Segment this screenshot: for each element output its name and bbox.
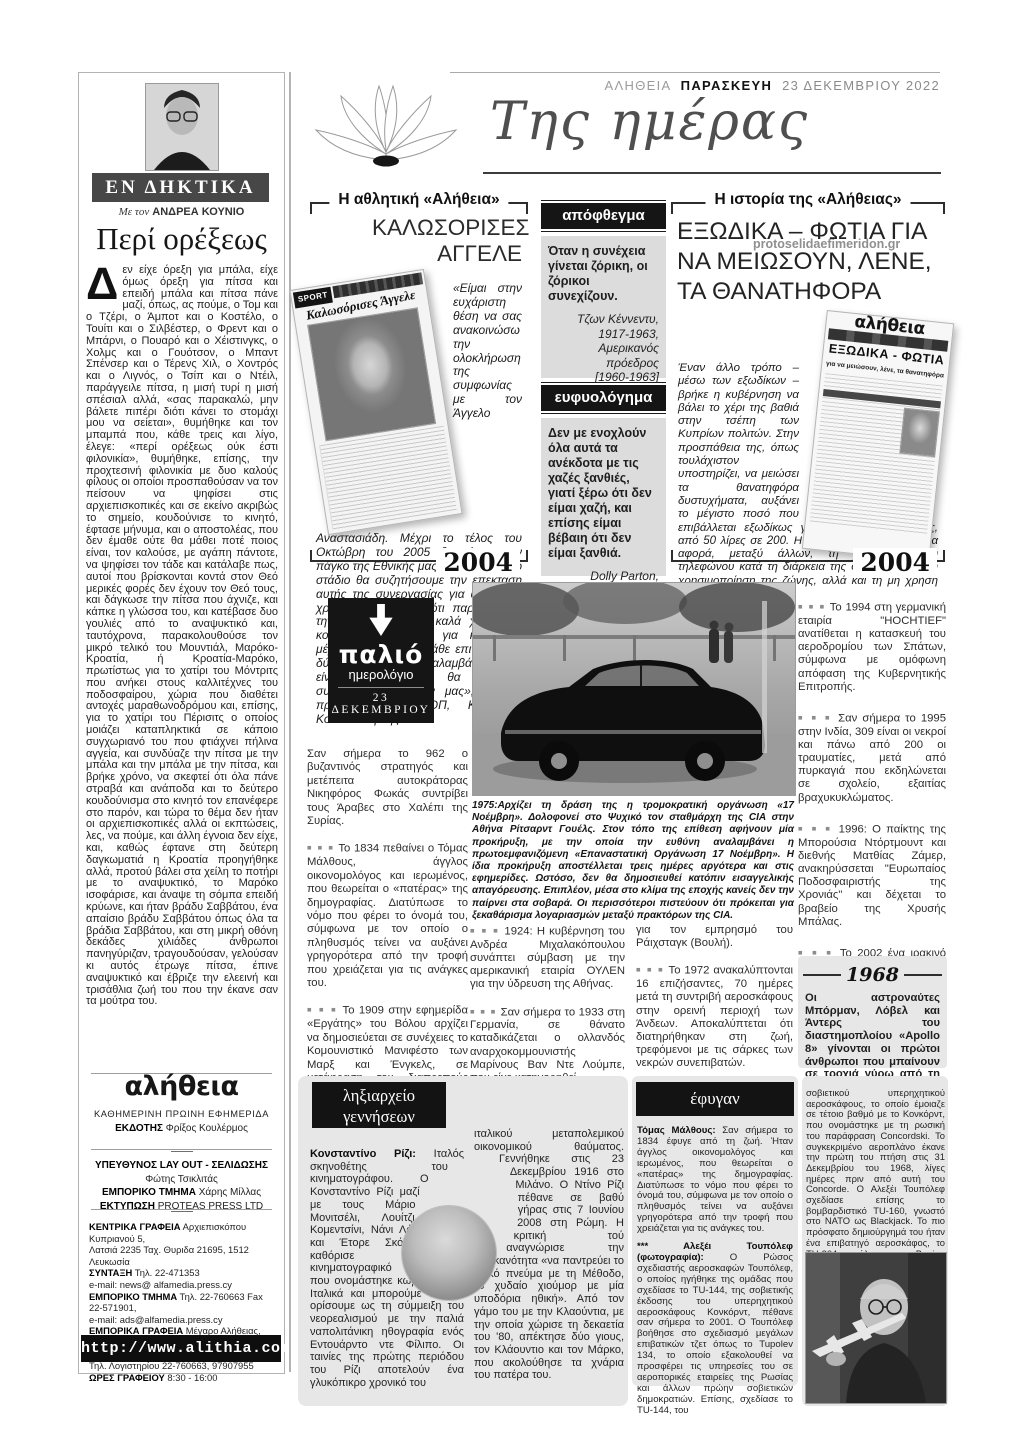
events-column-2: για τον εμπρησμό του Ράιχσταγκ (Βουλή). …: [636, 924, 793, 1084]
box-corner: [671, 550, 673, 562]
contact-label: ΕΜΠΟΡΙΚΟ ΤΜΗΜΑ: [89, 1291, 177, 1302]
year-1968-header: 1968: [803, 964, 942, 986]
deaths-header: έφυγαν: [636, 1082, 794, 1116]
sidebar-divider: [91, 1149, 272, 1150]
paper-tagline: ΚΑΘΗΜΕΡΙΝΗ ΠΡΩΙΝΗ ΕΦΗΜΕΡΙΔΑ: [79, 1109, 284, 1119]
box-corner: [310, 202, 312, 214]
byline-author: ΑΝΔΡΕΑ ΚΟΥΝΙΟ: [152, 206, 244, 218]
entry-marker-icon: ■ ■ ■: [307, 1005, 338, 1014]
mini-dash: [171, 1151, 193, 1152]
entry-text: 1996: Ο παίκτης της Μπορούσια Ντόρτμουντ…: [798, 823, 946, 927]
quote-panel: Όταν η συνέχεια γίνεται ζόρικη, οι ζόρικ…: [541, 236, 666, 378]
title-underline: [483, 172, 941, 174]
entry-text: για τον εμπρησμό του Ράιχσταγκ (Βουλή).: [636, 924, 793, 949]
death-lead: Τόμας Μάλθους:: [637, 1125, 716, 1136]
sidebar-divider: [91, 1209, 272, 1210]
sport-year: 2004: [436, 548, 520, 577]
entry-text: Το 1972 ανακαλύπτονται 16 επιζήσαντες, 7…: [636, 965, 793, 1069]
masthead-line: ΑΛΗΘΕΙΑ ΠΑΡΑΣΚΕΥΗ 23 ΔΕΚΕΜΒΡΙΟΥ 2022: [450, 78, 940, 93]
entry-marker-icon: ■ ■ ■: [798, 602, 826, 611]
entry-text: Σαν σήμερα το 962 ο βυζαντινός στρατηγός…: [307, 748, 468, 827]
deaths-text: Τόμας Μάλθους: Σαν σήμερα το 1834 έφυγε …: [637, 1126, 793, 1424]
byline: Με τον ΑΝΔΡΕΑ ΚΟΥΝΙΟ: [79, 206, 284, 218]
sidebar-section-title: ΕΝ ΔΗΚΤΙΚΑ: [92, 173, 269, 202]
death-body: Ο Ρώσος σχεδιαστής αεροσκαφών Τουπόλεφ, …: [637, 1252, 793, 1416]
dash-rule: [803, 974, 841, 976]
contact-value: 8:30 - 16:00: [167, 1372, 217, 1383]
publisher-name: Φρίξος Κουλέρμος: [166, 1123, 248, 1134]
history-clipping-image: αλήθεια ΕΞΩΔΙΚΑ - ΦΩΤΙΑ για να μειώσουν,…: [802, 310, 954, 562]
credit-label: ΕΜΠΟΡΙΚΟ ΤΜΗΜΑ: [102, 1187, 196, 1198]
masthead-date: 23 ΔΕΚΕΜΒΡΙΟΥ 2022: [782, 78, 940, 93]
clipping-text-lines: [810, 373, 943, 535]
event-entry: ■ ■ ■ Σαν σήμερα το 1933 στη Γερμανία, σ…: [470, 1005, 625, 1086]
contact-line: e-mail: news@ alfamedia.press.cy: [89, 1279, 275, 1291]
clipping-band: [823, 389, 941, 408]
sidebar-article-body: εν είχε όρεξη για μπάλα, είχε όμως όρεξη…: [86, 264, 278, 1007]
calendar-date: 23 ΔΕΚΕΜΒΡΙΟΥ: [328, 692, 434, 716]
paper-logo: αλήθεια: [79, 1071, 284, 1102]
credit-value: Χάρης Μίλλας: [199, 1187, 261, 1198]
news-photo-caption: 1975:Αρχίζει τη δράση της η τρομοκρατική…: [472, 800, 794, 922]
box-corner: [943, 550, 945, 562]
births-text-col2: ιταλικού μεταπολεμικού οικονομικού θαύμα…: [474, 1128, 624, 1382]
vertical-divider: [289, 72, 291, 1372]
calendar-entry: ■ ■ ■ Το 1834 πεθαίνει ο Τόμας Μάλθους, …: [307, 841, 468, 990]
witticism-header-bar: ευφυολόγημα: [541, 382, 666, 414]
tupolev-photo: [805, 1252, 947, 1404]
box-corner: [943, 202, 945, 214]
event-entry: ■ ■ ■ 1996: Ο παίκτης της Μπορούσια Ντόρ…: [798, 822, 946, 929]
entry-marker-icon: ■ ■ ■: [798, 824, 833, 833]
event-entry: ■ ■ ■ Το 1994 στη γερμανική εταιρία "HOC…: [798, 600, 946, 694]
calendar-label-1: παλιό: [328, 642, 434, 668]
calendar-entry: Σαν σήμερα το 962 ο βυζαντινός στρατηγός…: [307, 748, 468, 828]
quote-header: απόφθεγμα: [541, 203, 666, 229]
contact-line: e-mail: ads@alfamedia.press.cy: [89, 1314, 275, 1326]
sport-kicker: Η αθλητική «Αλήθεια»: [329, 191, 508, 209]
publisher-line: ΕΚΔΟΤΗΣ Φρίξος Κουλέρμος: [79, 1123, 284, 1134]
contact-line: ΕΜΠΟΡΙΚΟ ΤΜΗΜΑ Τηλ. 22-760663 Fax 22-571…: [89, 1291, 275, 1314]
contact-label: ΚΕΝΤΡΙΚΑ ΓΡΑΦΕΙΑ: [89, 1221, 181, 1232]
history-headline: ΕΞΩΔΙΚΑ – ΦΩΤΙΑ ΓΙΑ ΝΑ ΜΕΙΩΣΟΥΝ, ΛΕΝΕ, Τ…: [677, 217, 932, 307]
event-entry-continuation: για τον εμπρησμό του Ράιχσταγκ (Βουλή).: [636, 924, 793, 950]
byline-prefix: Με τον: [119, 206, 150, 218]
clipping-portrait: [899, 407, 940, 457]
contact-value: Τηλ. 22-471353: [135, 1267, 200, 1278]
death-entry: Τόμας Μάλθους: Σαν σήμερα το 1834 έφυγε …: [637, 1126, 793, 1235]
year-1968-block: 1968 Οι αστροναύτες Μπόρμαν, Λόβελ και Ά…: [798, 956, 947, 1068]
witticism-header: ευφυολόγημα: [541, 385, 666, 411]
entry-marker-icon: ■ ■ ■: [798, 713, 833, 722]
credit-value: Φώτης Τσικλιτάς: [145, 1174, 218, 1185]
box-corner: [526, 550, 528, 562]
births-body-continued: ιταλικού μεταπολεμικού οικονομικού θαύμα…: [474, 1128, 624, 1381]
events-column-1: ■ ■ ■ 1924: Η κυβέρνηση του Ανδρέα Μιχαλ…: [470, 924, 625, 1098]
witticism-panel: Δεν με ενοχλούν όλα αυτά τα ανέκδοτα με …: [541, 418, 666, 576]
risi-portrait: [402, 1206, 496, 1300]
entry-marker-icon: ■ ■ ■: [470, 1007, 497, 1016]
entry-text: Το 1994 στη γερμανική εταιρία "HOCHTIEF"…: [798, 602, 946, 693]
credits-block: ΥΠΕΥΘΥΝΟΣ LAY OUT - ΣΕΛΙΔΩΣΗΣ Φώτης Τσικ…: [79, 1159, 284, 1213]
entry-text: Σαν σήμερα το 1933 στη Γερμανία, σε θάνα…: [470, 1006, 625, 1084]
entry-marker-icon: ■ ■ ■: [470, 926, 500, 935]
witticism-text: Δεν με ενοχλούν όλα αυτά τα ανέκδοτα με …: [548, 426, 659, 561]
births-header: ληξιαρχείο γεννήσεων: [312, 1082, 446, 1128]
box-corner: [671, 202, 673, 214]
year-1968-label: 1968: [846, 964, 899, 986]
page-title: Της ημέρας: [490, 92, 809, 152]
contact-label: ΣΥΝΤΑΞΗ: [89, 1267, 132, 1278]
deaths-text-continued: σοβιετικού υπερηχητικού αεροσκάφους, το …: [806, 1088, 945, 1270]
dropcap: Δ: [86, 266, 118, 302]
box-corner: [310, 550, 312, 562]
website-url: http://www.alithia.com.cy: [81, 1335, 281, 1362]
credit-line: ΥΠΕΥΘΥΝΟΣ LAY OUT - ΣΕΛΙΔΩΣΗΣ Φώτης Τσικ…: [79, 1159, 284, 1186]
calendar-divider: [338, 687, 424, 688]
contact-line: ΚΕΝΤΡΙΚΑ ΓΡΑΦΕΙΑ Αρχιεπισκόπου Κυπριανού…: [89, 1221, 275, 1244]
newspaper-page: ΑΛΗΘΕΙΑ ΠΑΡΑΣΚΕΥΗ 23 ΔΕΚΕΜΒΡΙΟΥ 2022 Της…: [0, 0, 1015, 1440]
death-entry: *** Αλεξέι Τουπόλεφ (φωτογραφία): Ο Ρώσο…: [637, 1242, 793, 1417]
header-rule: [450, 72, 940, 73]
contact-value: Λατσιά 2235 Ταχ. Θυριδα 21695, 1512 Λευκ…: [89, 1244, 249, 1267]
mini-dash: [171, 1211, 193, 1212]
sport-clipping-image: SPORT Καλωσόρισες Άγγελε: [289, 269, 462, 535]
event-entry: ■ ■ ■ Σαν σήμερα το 1995 στην Ινδία, 309…: [798, 711, 946, 805]
masthead-day: ΠΑΡΑΣΚΕΥΗ: [681, 78, 773, 93]
down-arrow-icon: [361, 604, 401, 637]
history-feature-box: Η ιστορία της «Αλήθειας» ΕΞΩΔΙΚΑ – ΦΩΤΙΑ…: [671, 202, 945, 562]
author-photo: [145, 83, 219, 171]
sidebar-article-title: Περί ορέξεως: [79, 221, 284, 257]
clipping-text-lines: [319, 426, 457, 531]
old-calendar-box: παλιό ημερολόγιο 23 ΔΕΚΕΜΒΡΙΟΥ: [328, 598, 434, 723]
credit-line: ΕΜΠΟΡΙΚΟ ΤΜΗΜΑ Χάρης Μίλλας: [79, 1186, 284, 1200]
sidebar-column: ΕΝ ΔΗΚΤΙΚΑ Με τον ΑΝΔΡΕΑ ΚΟΥΝΙΟ Περί ορέ…: [78, 72, 285, 1374]
event-entry: ■ ■ ■ Το 1972 ανακαλύπτονται 16 επιζήσαν…: [636, 963, 793, 1070]
open-book-icon: [300, 80, 472, 174]
contact-value: e-mail: ads@alfamedia.press.cy: [89, 1314, 223, 1325]
contact-line: ΣΥΝΤΑΞΗ Τηλ. 22-471353: [89, 1267, 275, 1279]
clipping-portrait: [307, 307, 436, 441]
contact-label: ΩΡΕΣ ΓΡΑΦΕΙΟΥ: [89, 1372, 165, 1383]
clipping-wrap: αλήθεια ΕΞΩΔΙΚΑ - ΦΩΤΙΑ για να μειώσουν,…: [806, 316, 946, 512]
sidebar-article: Δεν είχε όρεξη για μπάλα, είχε όμως όρεξ…: [86, 265, 278, 1008]
death-body: Σαν σήμερα το 1834 έφυγε από τη ζωή. Ήτα…: [637, 1125, 793, 1234]
sport-feature-box: Η αθλητική «Αλήθεια» ΚΑΛΩΣΟΡΙΣΕΣ ΑΓΓΕΛΕ …: [310, 202, 528, 562]
contact-line: ΩΡΕΣ ΓΡΑΦΕΙΟΥ 8:30 - 16:00: [89, 1372, 275, 1384]
entry-marker-icon: ■ ■ ■: [307, 843, 335, 852]
quote-header-bar: απόφθεγμα: [541, 200, 666, 232]
dash-rule: [904, 974, 942, 976]
clipping-wrap: SPORT Καλωσόρισες Άγγελε: [300, 268, 446, 530]
contact-line: Λατσιά 2235 Ταχ. Θυριδα 21695, 1512 Λευκ…: [89, 1244, 275, 1267]
publisher-label: ΕΚΔΟΤΗΣ: [115, 1123, 163, 1134]
contact-value: e-mail: news@ alfamedia.press.cy: [89, 1279, 232, 1290]
entry-text: Το 1834 πεθαίνει ο Τόμας Μάλθους, άγγλος…: [307, 843, 468, 989]
box-corner: [526, 202, 528, 214]
history-year: 2004: [853, 548, 937, 577]
calendar-label-2: ημερολόγιο: [328, 668, 434, 682]
entry-text: 1924: Η κυβέρνηση του Ανδρέα Μιχαλακόπου…: [470, 926, 625, 991]
entry-text: Σαν σήμερα το 1995 στην Ινδία, 309 είναι…: [798, 712, 946, 803]
quote-text: Όταν η συνέχεια γίνεται ζόρικη, οι ζόρικ…: [548, 244, 659, 304]
masthead-name: ΑΛΗΘΕΙΑ: [605, 78, 671, 93]
births-lead: Κονσταντίνο Ρίζι:: [310, 1148, 416, 1160]
sport-headline: ΚΑΛΩΣΟΡΙΣΕΣ ΑΓΓΕΛΕ: [372, 215, 522, 267]
news-photo-1975: [472, 582, 796, 796]
entry-marker-icon: ■ ■ ■: [636, 965, 665, 974]
credit-label: ΥΠΕΥΘΥΝΟΣ LAY OUT - ΣΕΛΙΔΩΣΗΣ: [95, 1160, 268, 1171]
calendar-entries: Σαν σήμερα το 962 ο βυζαντινός στρατηγός…: [307, 748, 468, 1112]
quote-attribution: Τζων Κέννεντυ, 1917-1963, Αμερικανός πρό…: [548, 312, 659, 385]
event-entry: ■ ■ ■ 1924: Η κυβέρνηση του Ανδρέα Μιχαλ…: [470, 924, 625, 992]
history-kicker: Η ιστορία της «Αλήθειας»: [706, 191, 911, 209]
